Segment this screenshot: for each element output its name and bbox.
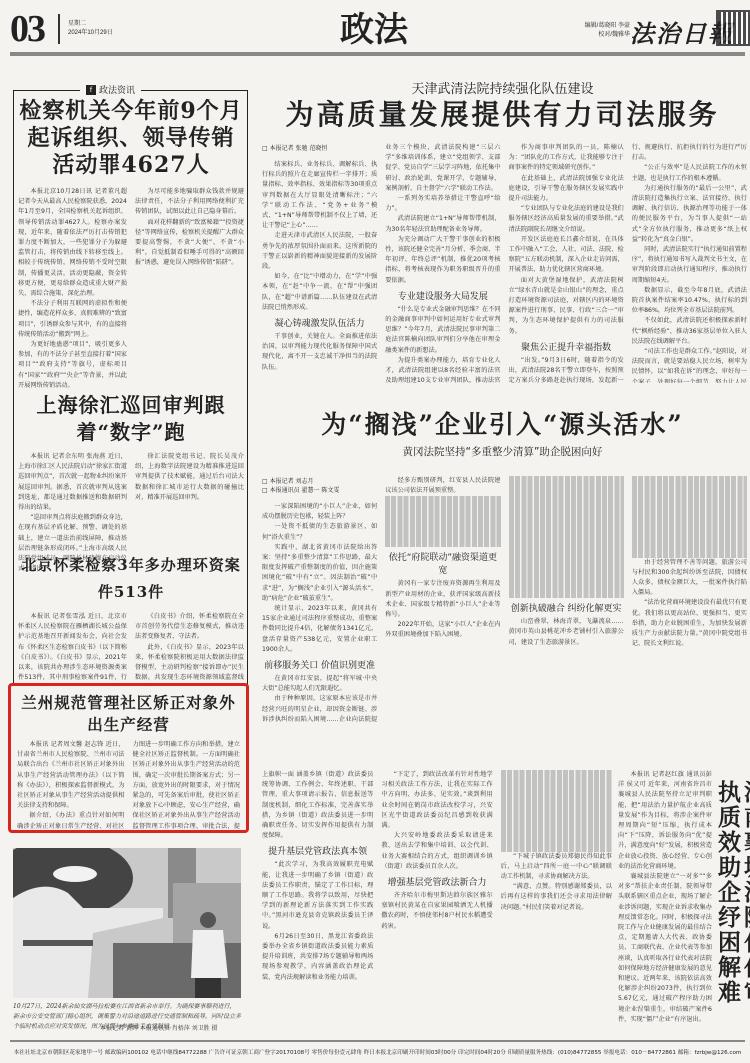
paragraph: “此次学习，为我高效履职充电赋能，让我进一步明确了乡镇（街道）政法委员工作职责，… (262, 860, 373, 931)
lead-story: 天津武清法院持续强化队伍建设 为高质量发展提供有力司法服务 (260, 78, 745, 133)
paragraph: “什么是专业式金融审判思维？在不同的金融商事审判中如何运用好专业式审判思维？”今… (385, 305, 500, 356)
column-1: □ 本报记者 刘志月 □ 本报通讯员 翟慧一 陈文雯 一家深陷困境的“小巨人”企… (262, 476, 377, 722)
paragraph: 山峦叠翠，林海青翠，飞瀑流泉……黄冈市英山县桃花冲乡老铺村引入旅游公司，建设了生… (509, 617, 624, 648)
photo-illustration (13, 848, 241, 998)
article-body: 为更好地蛊惑“项目”，吸引更多人参加，有的不法分子甚至直接打着“国家项目”“政府… (18, 340, 127, 391)
paragraph: 干事创业，关键在人。全面推进依法治国，以审判能力现代化服务保障中国式现代化，离不… (262, 332, 377, 373)
second-headline[interactable]: 为“搁浅”企业引入“源头活水” (260, 408, 745, 442)
byline: □ 本报通讯员 翟慧一 陈文雯 (262, 485, 377, 494)
date: 2024年10月29日 (68, 29, 113, 38)
paragraph: 上旗帜一面 涵盖乡镇（街道）政法委员统筹协调、工作例会、年终述职、干部管理、重大… (262, 770, 373, 841)
paragraph: 走进天津市武清区人民法院，一股奋勇争先的浓厚氛围扑面而来。这所新院的干警正以崭新… (262, 231, 377, 272)
article-body: 本报北京10月28日讯 记者董凡超 记者今天从最高人民检察院获悉，2024年1月… (18, 187, 127, 299)
subheading: 专业建设服务大局发展 (385, 289, 500, 302)
column-3: 创新执破融合 纠纷化解更实 山峦叠翠，林海青翠，飞瀑流泉……黄冈市英山县桃花冲乡… (509, 476, 624, 722)
qr-code-icon[interactable] (716, 10, 750, 46)
column-3: 作为商事审判团队的一员，陈楠认为：“团队化的工作方式，让我能够专注于商事案件的特… (509, 143, 624, 383)
second-story: 为“搁浅”企业引入“源头活水” 黄冈法院坚持“多重整少清算”助企脱困向好 (260, 408, 745, 459)
column-2: 业务三个模块，武清法院构建“三层六学”多维培训体系，建立“党组领学、支部促学、党… (385, 143, 500, 383)
article-beijing-huairou: 北京怀柔检察3年多办理环资案件513件 本报讯 记者张雪泓 近日，北京市怀柔区人… (18, 552, 244, 704)
label-text: 政法资讯 (99, 83, 135, 96)
column-3: “下城子镇政法委员郑德民得知此事后，马上启动“四所一庭一中心”联调联动工作机制，… (501, 770, 612, 1035)
paragraph: 行，规避执行、抗拒执行的行为进行严厉打击。 (632, 143, 747, 163)
column-4: 由于经营管理不善等问题，旅游公司与村民和300余起纠纷诉至法院，因债权人众多，债… (632, 476, 747, 722)
subheading: 聚焦公正提升幸福指数 (509, 340, 624, 353)
section-title: 政法 (340, 10, 408, 50)
paragraph: 为充分调动广大干警干事创业的积极性，该院还健全完善“月分析、季会商、半年初评、年… (385, 235, 500, 286)
paragraph: 本报讯 记者赵红旗 通讯员彭洋 侯又可 近年来，河南省许昌市襄城县人民法院坚持立… (618, 770, 712, 872)
marathon-photo (13, 848, 241, 998)
masthead: 03 星期二 2024年10月29日 政法 编辑/葛晓阳 李豪 校对/魏雅华 法… (10, 8, 745, 50)
header-rule (10, 52, 745, 56)
weekday: 星期二 (68, 20, 113, 29)
paragraph: 一家深陷困境的“小巨人”企业，如何成功摆脱历史包袱，轻装上阵？ (262, 502, 377, 522)
article-body: 《白皮书》介绍，怀柔检察院在全市首创劳务代偿生态修复模式，推动违法者变修复者、守… (135, 612, 244, 643)
article-headline[interactable]: 检察机关今年前9个月起诉组织、领导传销活动罪4627人 (18, 98, 244, 179)
proofreader: 校对/魏雅华 (540, 31, 630, 40)
second-story-body: □ 本报记者 刘志月 □ 本报通讯员 翟慧一 陈文雯 一家深陷困境的“小巨人”企… (262, 476, 747, 722)
paragraph: “公正与效率”是人民法院工作的永恒主题，也是执行工作的根本遵循。 (632, 163, 747, 183)
paragraph: 为提升类案办理能力，培育专业化人才，武清法院组建以8名经验丰富的法官及助理组建1… (385, 356, 500, 383)
article-procuratorate-mlm: 检察机关今年前9个月起诉组织、领导传销活动罪4627人 本报北京10月28日讯 … (18, 98, 244, 391)
paragraph: 由于种种原因，这家原本应该是市井经营兴旺的明星企业，却因资金断链、涉诉涉执纠纷而… (262, 694, 377, 722)
paragraph: “司法工作也是群众工作。”赵阳说，对法院而言，就是要站稳人民立场，树牢为民情怀，… (632, 347, 747, 383)
paragraph: 齐齐哈尔市梅里斯达斡尔族区雅尔塞镇村民黄某在自家果园喷洒无人机播撒农药时，不慎使… (381, 891, 492, 932)
article-headline[interactable]: 上海徐汇巡回审判跟着“数字”跑 (18, 392, 244, 446)
paragraph: 同时，武清法院实行“执行通知前置程序”，将执行通知书写入裁判文书主文，在审判阶段… (632, 245, 747, 286)
paragraph: 由于经营管理不善等问题，旅游公司与村民和300余起纠纷诉至法院，因债权人众多，债… (632, 558, 747, 599)
subheading: 创新执破融合 纠纷化解更实 (509, 601, 624, 614)
article-body: 徐汇法院党组书记、院长吴茂介绍，上海数字法院建设为精准推进巡回审判提供了技术赋能… (135, 452, 244, 503)
side-story-body: 本报讯 记者赵红旗 通讯员彭洋 侯又可 近年来，河南省许昌市襄城县人民法院坚持立… (618, 770, 712, 1035)
paragraph: 结案标兵、业务标兵、调解标兵、执行标兵的照片在走廊宣传栏一字排开；质量指标、效率… (262, 160, 377, 231)
paragraph: 经多方甄别研判，红安县人民法院建议该公司依法开展预重整。 (385, 476, 500, 496)
article-body: 不法分子利用互联网的虚拟性和便捷性，编造花样众多、真假难辨的“致富项目”，引诱群… (18, 299, 127, 340)
paragraph: 襄城县法院建立“一对多”“多对多”帮扶企业责任制，院领导带头联系辖区重点企业，现… (618, 872, 712, 1025)
byline: □ 本报记者 刘志月 (262, 476, 377, 485)
byline: □ 本报记者 张驰 范晓恒 (262, 143, 377, 152)
paragraph: 2022年开始，这家“小巨人”企业在内外双重困境叠加下陷入困境。 (385, 620, 500, 640)
second-subtitle: 黄冈法院坚持“多重整少清算”助企脱困向好 (260, 444, 745, 459)
paragraph: “法治化营商环境建设没有最优只有更优。我们将以更高站位、更强担当、更实举措，助力… (632, 598, 747, 649)
lead-headline[interactable]: 为高质量发展提供有力司法服务 (260, 97, 745, 133)
subheading: 前移服务关口 价值识别更准 (262, 658, 377, 671)
news-briefs-label: f 政法资讯 (80, 83, 141, 96)
column-1: □ 本报记者 张驰 范晓恒 结案标兵、业务标兵、调解标兵、执行标兵的照片在走廊宣… (262, 143, 377, 383)
paragraph: 一处资不抵债的生态旅游景区，如何“浴火重生”？ (262, 522, 377, 542)
paragraph: 6月26日至30日，黑龙江省委政法委举办全省乡镇街道政法委员能力素质提升培训班，… (262, 932, 373, 983)
paragraph: 大兴安岭地委政法委采取请进来教、送出去学和集中培训、以会代训、业务大赛相结合的方… (381, 831, 492, 872)
issue-date: 星期二 2024年10月29日 (68, 20, 113, 38)
divider (58, 14, 60, 44)
column-2: 经多方甄别研判，红安县人民法院建议该公司依法开展预重整。 依托“府院联动”融资渠… (385, 476, 500, 722)
editors-credit: 编辑/葛晓阳 李豪 校对/魏雅华 (540, 22, 630, 40)
highlighted-article-lanzhou[interactable]: 兰州规范管理社区矫正对象外出生产经营 本报讯 记者周文馨 赵志锋 近日，甘肃省兰… (8, 683, 249, 833)
paragraph: “出发。”9月3日6时，随着指令的发出，武清法院28名干警立即登车，按照预定方案… (509, 356, 624, 383)
photo-credit: 本报记者 黄辉 本报通讯员 肖梧萍 刘卫胜 摄 (100, 1024, 250, 1034)
paragraph: 作为商事审判团队的一员，陈楠认为：“团队化的工作方式，让我能够专注于商事案件的特… (509, 143, 624, 174)
paragraph: “下城子镇政法委员郑德民得知此事后，马上启动“四所一庭一中心”联调联动工作机制，… (501, 852, 612, 883)
paragraph: 为打通执行服务的“最后一公里”，武清法院打造集执行立案、法官接待、执行调解、执行… (632, 184, 747, 245)
paragraph: 数据显示，截至今年8月底，武清法院首执案件结案率10.47%，执行标的到位率86… (632, 286, 747, 317)
paragraph: 开发区法庭庭长吕鑫介绍说，在具体工作中融入“工会、人社、司法、法院、检察院”五方… (509, 235, 624, 276)
news-icon: f (86, 85, 96, 95)
third-story-body: 上旗帜一面 涵盖乡镇（街道）政法委员统筹协调、工作例会、年终述职、干部管理、重大… (262, 770, 612, 1035)
article-headline[interactable]: 北京怀柔检察3年多办理环资案件513件 (18, 552, 244, 606)
column-1: 上旗帜一面 涵盖乡镇（街道）政法委员统筹协调、工作例会、年终述职、干部管理、重大… (262, 770, 373, 1035)
paragraph: 如今，在“比”中增动力，在“学”中强本领，在“赶”中争一流，在“帮”中强团队，在… (262, 272, 377, 313)
paragraph: 在黄冈市红安县，提起“将军城·中央大街”总能勾起人们无限遐忆。 (262, 674, 377, 694)
article-headline[interactable]: 兰州规范管理社区矫正对象外出生产经营 (17, 692, 240, 736)
article-body: 力图进一步明确工作方向和举措，建立健全社区矫正监督机制。一方面明确社区矫正对象外… (133, 740, 241, 833)
article-body: 为尽可能多地骗取群众钱款并规避法律责任，不法分子利用网络便利扩充传销团队，试图以… (135, 187, 244, 218)
page-number: 03 (10, 8, 44, 50)
paragraph: 实践中，湖北省黄冈市法院给出答案：坚持“多重整少清算”工作思路，最大限度发挥破产… (262, 543, 377, 604)
paragraph: “专业团队与专业化法庭的建设是我们服务辖区经济高质量发展的重要举措。”武清法院副… (509, 204, 624, 235)
paragraph: 不仅如此，武清法院还积极探索新时代“枫桥经验”，推动36家基层单位入驻人民法院在… (632, 316, 747, 347)
editors: 编辑/葛晓阳 李豪 (540, 22, 630, 31)
article-body: 据介绍，《办法》重点针对如何明确涉企矫正对象日常生产经营、对社区矫正工作中的调查… (17, 811, 125, 833)
paragraph: “下定了，到政法改革有针对性地学习相关政法工作方法，让我在实际工作中方向明、办法… (381, 770, 492, 831)
paragraph: 业务三个模块，武清法院构建“三层六学”多维培训体系，建立“党组领学、支部促学、党… (385, 143, 500, 194)
kicker: 天津武清法院持续强化队伍建设 (260, 78, 745, 97)
column-4: 行，规避执行、抗拒执行的行为进行严厉打击。 “公正与效率”是人民法院工作的永恒主… (632, 143, 747, 383)
article-body: 本报讯 记者周文馨 赵志锋 近日，甘肃省兰州市人民检察院、兰州市司法局联合出台《… (17, 740, 125, 811)
subheading: 依托“府院联动”融资渠道更宽 (385, 550, 500, 576)
side-story-headline[interactable]: 河南襄城法院优化审执质效助企纾困解难 (714, 780, 750, 1020)
subheading: 提升基层党管政法真本领 (262, 844, 373, 857)
article-shanghai-xuhui: 上海徐汇巡回审判跟着“数字”跑 本报讯 记者余东明 张海燕 近日，上海市徐汇区人… (18, 392, 244, 574)
paragraph: 统计显示，2023年以来，黄冈共有15家企业通过司法程序重整成功，重整案件数同比… (262, 604, 377, 655)
article-body: 本报讯 记者余东明 张海燕 近日，上海市徐汇区人民法院启动“徐家汇街道巡回审判点… (18, 452, 127, 513)
paragraph: 黄冈有一家专注废弃资源再生利用及新型产业用材的企业，获评国家级高新技术企业、国家… (385, 579, 500, 620)
column-2: “下定了，到政法改革有针对性地学习相关政法工作方法，让我在实际工作中方向明、办法… (381, 770, 492, 1035)
footer-imprint: 本社社址北京市朝阳区花家地甲一号 邮政编码100102 电话中继线8477228… (10, 1040, 745, 1056)
paragraph: 面对大黄堡湿地保护，武清法院树立“绿水青山就是金山银山”的理念，重点打造环境资源… (509, 276, 624, 337)
subheading: 增强基层党管政法新合力 (381, 875, 492, 888)
lead-story-body: □ 本报记者 张驰 范晓恒 结案标兵、业务标兵、调解标兵、执行标兵的照片在走廊宣… (262, 143, 747, 383)
subheading: 凝心铸魂激发队伍活力 (262, 316, 377, 329)
paragraph: 一系列务实培养举措让干警直呼“给力”。 (385, 194, 500, 214)
article-body: 面对花样翻新的“致富秘籍”“投资捷径”等网络宣传，检察机关提醒广大群众要提高警惕… (135, 218, 244, 269)
paragraph: “满意，点赞。特别感谢郑委员，以后再有这样的事我们还会寻求用法律解决问题。”村民… (501, 882, 612, 913)
paragraph: 武清法院建立“1+N”导师帮带机制，为30名年轻法官助理配备业务导师。 (385, 214, 500, 234)
paragraph: 在此基础上，武清法院加强专业化法庭建设，引导干警在服务辖区发展实践中提升司法能力… (509, 174, 624, 205)
